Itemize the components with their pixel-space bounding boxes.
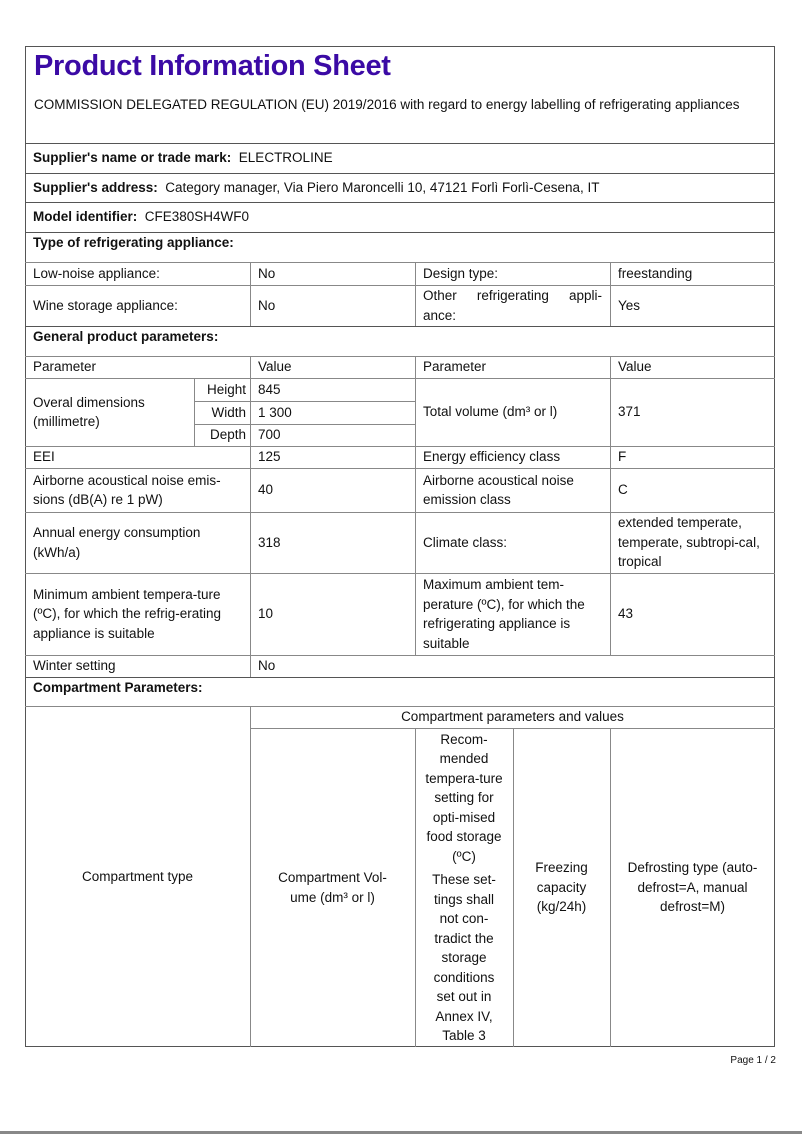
freezing-capacity-header: Freezing capacity (kg/24h): [513, 728, 610, 1047]
page-title: Product Information Sheet: [34, 50, 391, 83]
recommended-temp-header: Recom-mended tempera-ture setting for op…: [415, 728, 513, 1047]
noise-class-value: C: [610, 468, 775, 512]
min-ambient-label: Minimum ambient tempera-ture (ºC), for w…: [25, 573, 250, 655]
model-value: CFE380SH4WF0: [145, 207, 249, 227]
other-appliance-value: Yes: [610, 285, 775, 326]
eei-label: EEI: [25, 446, 250, 468]
energy-consumption-label: Annual energy consumption (kWh/a): [25, 512, 250, 573]
address-value: Category manager, Via Piero Maroncelli 1…: [165, 178, 599, 198]
param-header-2: Parameter: [415, 356, 610, 378]
noise-class-label: Airborne acoustical noise emission class: [415, 468, 610, 512]
width-label: Width: [194, 401, 250, 424]
address-row: Supplier's address: Category manager, Vi…: [25, 173, 775, 202]
supplier-value: ELECTROLINE: [239, 148, 333, 168]
winter-setting-label: Winter setting: [25, 655, 250, 677]
param-header-1: Parameter: [25, 356, 250, 378]
winter-setting-value: No: [250, 655, 415, 677]
compartment-type-header: Compartment type: [25, 706, 250, 1047]
low-noise-label: Low-noise appliance:: [25, 262, 250, 285]
address-label: Supplier's address:: [33, 178, 158, 198]
width-value: 1 300: [250, 401, 415, 424]
compartment-heading: Compartment Parameters:: [25, 677, 775, 699]
min-ambient-value: 10: [250, 573, 415, 655]
defrosting-type-header: Defrosting type (auto-defrost=A, manual …: [610, 728, 775, 1047]
noise-value: 40: [250, 468, 415, 512]
energy-consumption-value: 318: [250, 512, 415, 573]
height-value: 845: [250, 378, 415, 401]
efficiency-class-value: F: [610, 446, 775, 468]
max-ambient-value: 43: [610, 573, 775, 655]
efficiency-class-label: Energy efficiency class: [415, 446, 610, 468]
value-header-2: Value: [610, 356, 775, 378]
total-volume-label: Total volume (dm³ or l): [415, 378, 610, 446]
wine-storage-label: Wine storage appliance:: [25, 285, 250, 326]
compartment-group-header: Compartment parameters and values: [250, 706, 775, 728]
value-header-1: Value: [250, 356, 415, 378]
depth-label: Depth: [194, 424, 250, 446]
supplier-row: Supplier's name or trade mark: ELECTROLI…: [25, 143, 775, 173]
total-volume-value: 371: [610, 378, 775, 446]
type-heading: Type of refrigerating appliance:: [25, 232, 775, 254]
supplier-label: Supplier's name or trade mark:: [33, 148, 231, 168]
other-appliance-label: Other refrigerating appli-ance:: [415, 285, 610, 326]
depth-value: 700: [250, 424, 415, 446]
regulation-text: COMMISSION DELEGATED REGULATION (EU) 201…: [34, 95, 754, 115]
noise-label: Airborne acoustical noise emis-sions (dB…: [25, 468, 250, 512]
page-number: Page 1 / 2: [730, 1055, 776, 1066]
compartment-volume-header: Compartment Vol-ume (dm³ or l): [250, 728, 415, 1047]
height-label: Height: [194, 378, 250, 401]
design-type-label: Design type:: [415, 262, 610, 285]
eei-value: 125: [250, 446, 415, 468]
model-row: Model identifier: CFE380SH4WF0: [25, 202, 775, 232]
general-heading: General product parameters:: [25, 326, 775, 348]
low-noise-value: No: [250, 262, 415, 285]
design-type-value: freestanding: [610, 262, 775, 285]
wine-storage-value: No: [250, 285, 415, 326]
max-ambient-label: Maximum ambient tem-perature (ºC), for w…: [415, 573, 610, 655]
model-label: Model identifier:: [33, 207, 137, 227]
climate-class-label: Climate class:: [415, 512, 610, 573]
climate-class-value: extended temperate, temperate, subtropi-…: [610, 512, 775, 573]
dimensions-label: Overal dimensions (millimetre): [25, 378, 194, 446]
